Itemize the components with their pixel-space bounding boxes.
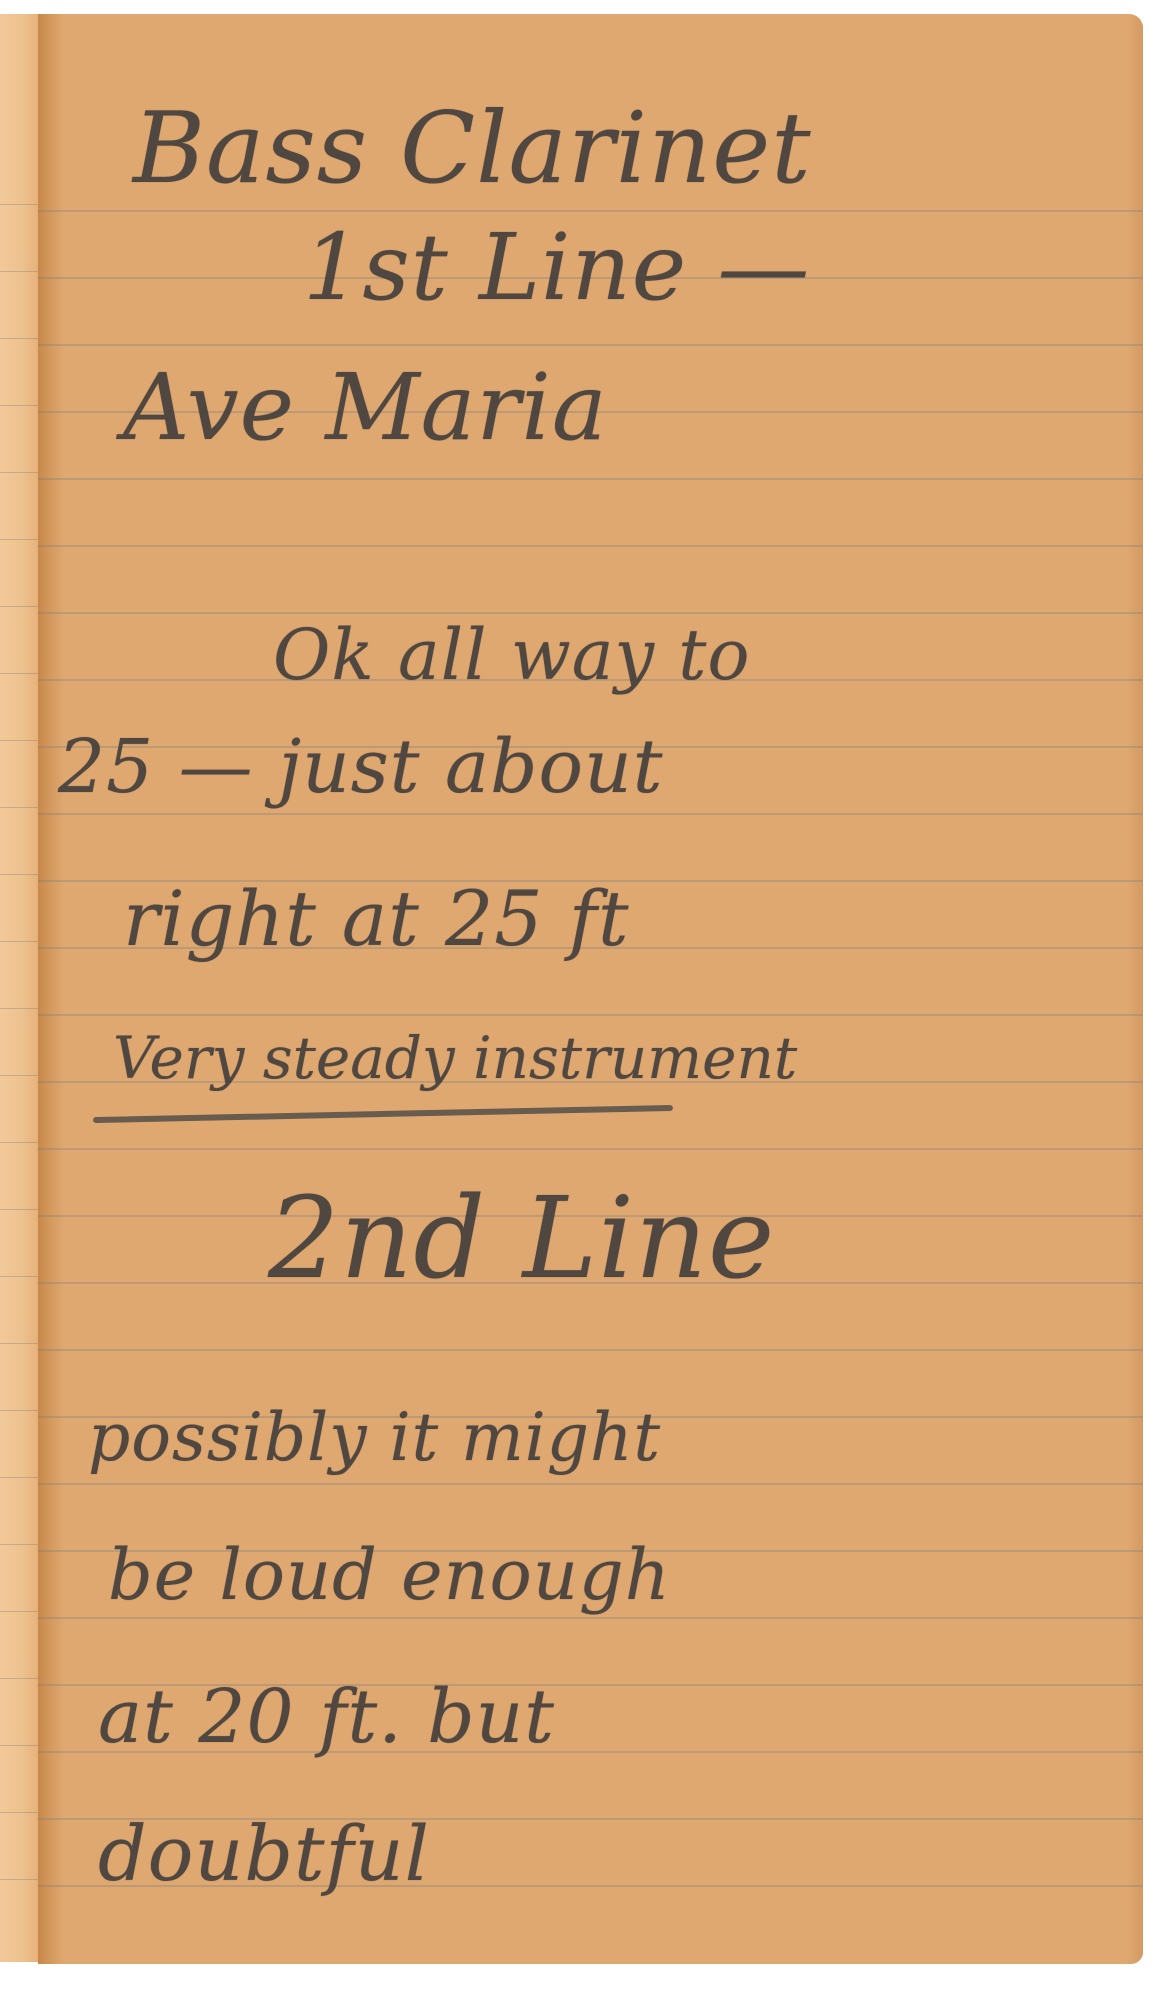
ruled-line: [0, 606, 38, 607]
ruled-line: [0, 1544, 38, 1545]
handwritten-note-line: be loud enough: [108, 1534, 671, 1616]
ruled-line: [0, 874, 38, 875]
ruled-line: [38, 813, 1143, 815]
handwritten-second-line-heading: 2nd Line: [268, 1174, 775, 1304]
ruled-line: [0, 1611, 38, 1612]
ruled-line: [0, 1879, 38, 1880]
ruled-line: [0, 405, 38, 406]
ruled-line: [0, 271, 38, 272]
handwritten-note-line: Very steady instrument: [113, 1024, 797, 1092]
ruled-line: [38, 1349, 1143, 1351]
ruled-line: [0, 673, 38, 674]
ruled-line: [38, 545, 1143, 547]
ruled-line: [0, 1812, 38, 1813]
ruled-line: [0, 1008, 38, 1009]
handwritten-note-line: Ok all way to: [273, 614, 751, 696]
handwritten-first-line-heading: 1st Line —: [303, 214, 810, 321]
ruled-line: [0, 1477, 38, 1478]
ruled-line: [0, 1142, 38, 1143]
ruled-line: [38, 1014, 1143, 1016]
ruled-line: [38, 210, 1143, 212]
ruled-line: [0, 1745, 38, 1746]
ruled-line: [0, 1678, 38, 1679]
ruled-line: [0, 1410, 38, 1411]
ruled-line: [0, 1276, 38, 1277]
notebook-page: Bass Clarinet 1st Line — Ave Maria Ok al…: [38, 14, 1143, 1964]
ruled-line: [0, 1075, 38, 1076]
handwritten-note-line: 25 — just about: [58, 724, 663, 810]
facing-page-edge: [0, 14, 39, 1962]
ruled-line: [38, 1617, 1143, 1619]
ruled-line: [38, 344, 1143, 346]
ruled-line: [0, 807, 38, 808]
ruled-line: [0, 338, 38, 339]
ruled-line: [38, 478, 1143, 480]
page-edge: [1127, 14, 1143, 1964]
ruled-line: [0, 1343, 38, 1344]
ruled-line: [38, 1483, 1143, 1485]
handwritten-note-line: at 20 ft. but: [98, 1674, 555, 1760]
handwritten-note-line: doubtful: [98, 1809, 430, 1898]
handwritten-title: Bass Clarinet: [133, 92, 812, 206]
page-gutter: [38, 14, 64, 1964]
ruled-line: [38, 1148, 1143, 1150]
ruled-line: [0, 1209, 38, 1210]
ruled-line: [0, 204, 38, 205]
pencil-underline: [93, 1105, 673, 1123]
ruled-line: [0, 539, 38, 540]
ruled-line: [0, 941, 38, 942]
handwritten-note-line: possibly it might: [88, 1399, 661, 1476]
ruled-line: [0, 472, 38, 473]
handwritten-piece-name: Ave Maria: [123, 354, 608, 461]
handwritten-note-line: right at 25 ft: [123, 874, 629, 963]
ruled-line: [0, 740, 38, 741]
